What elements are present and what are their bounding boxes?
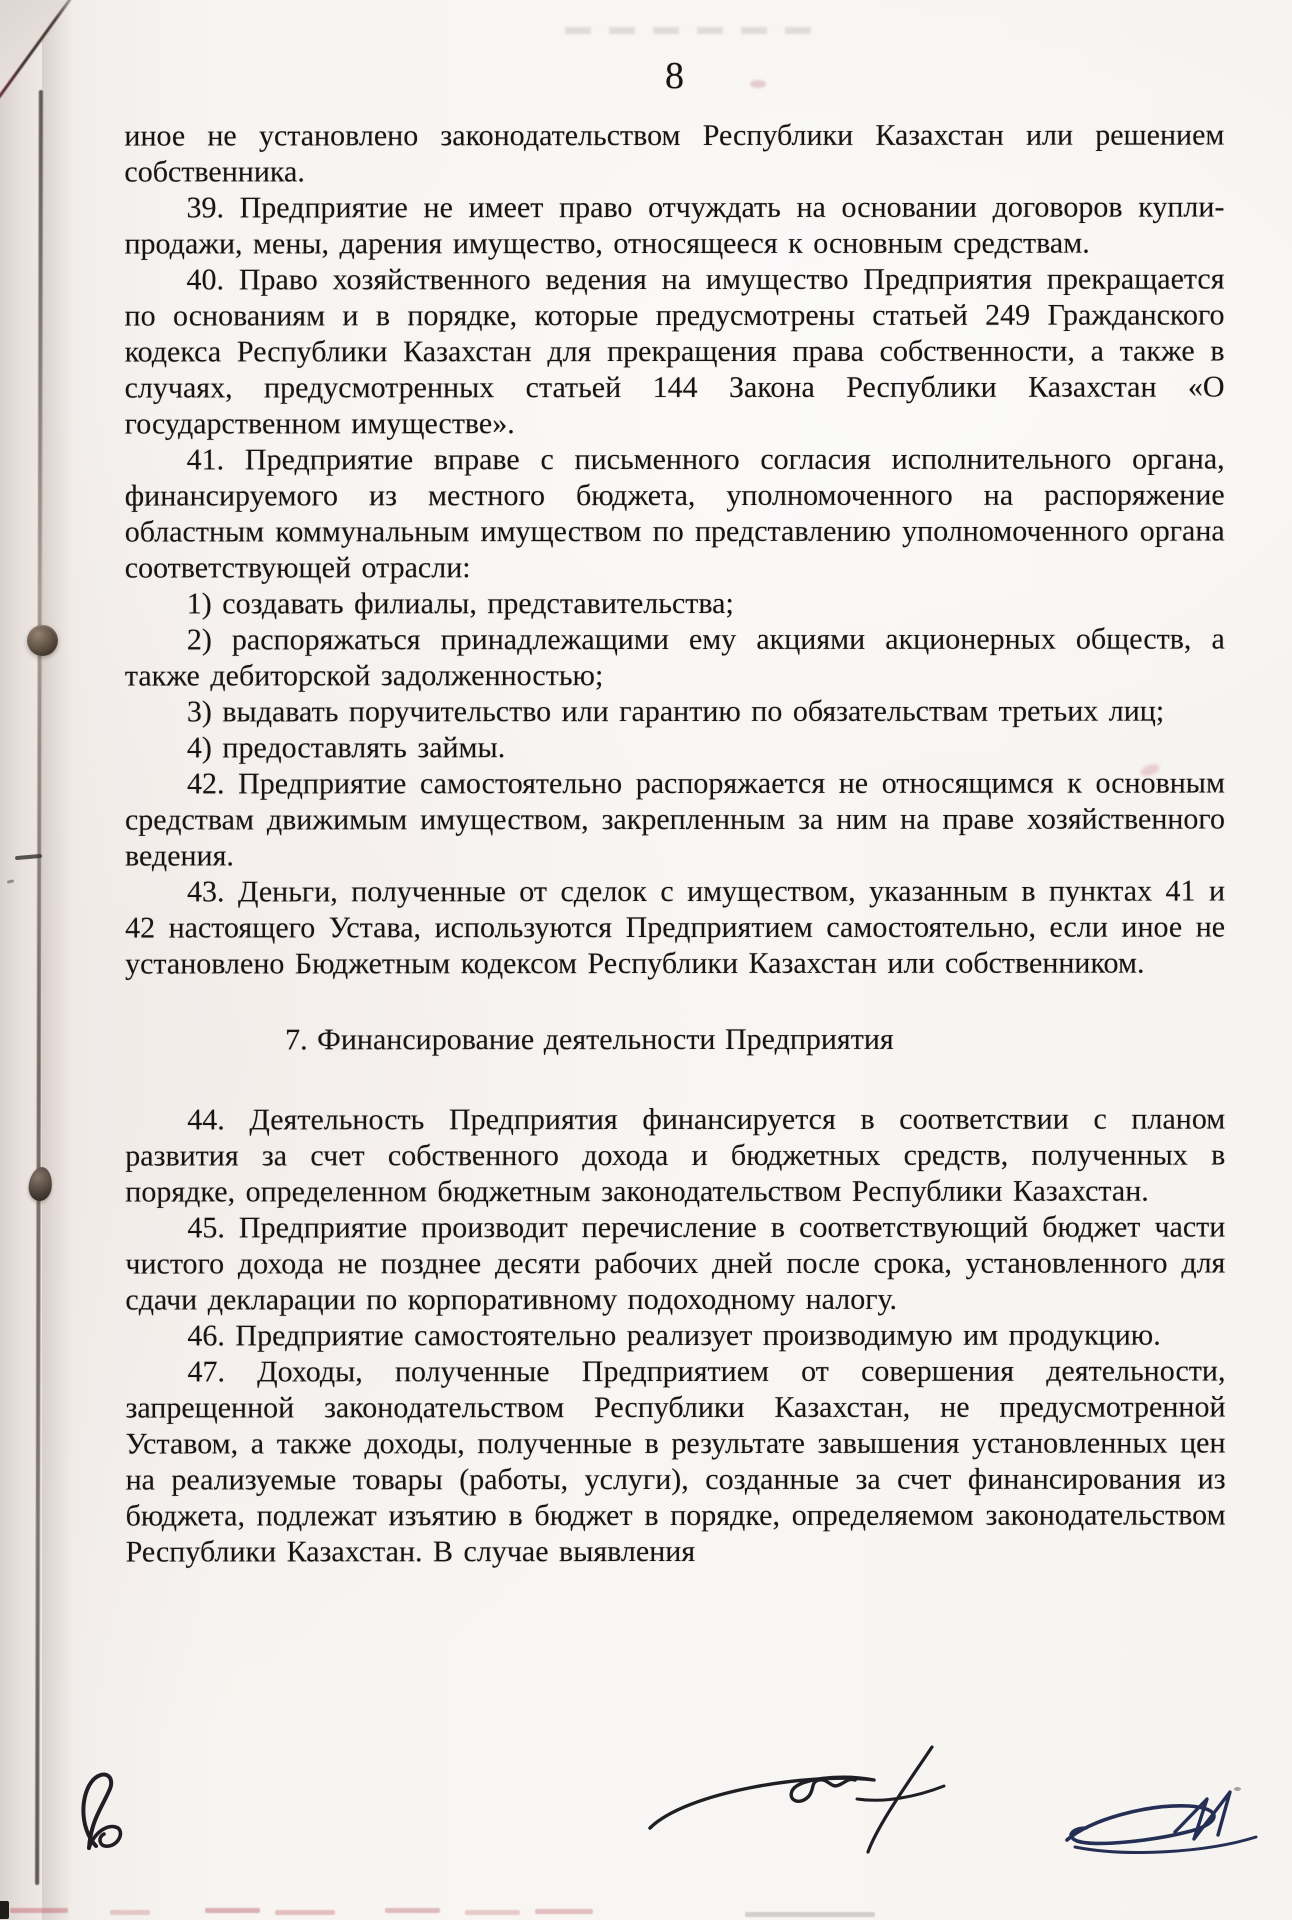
clause-46: 46. Предприятие самостоятельно реализует…	[125, 1318, 1225, 1355]
scan-artifact-strip	[385, 1908, 440, 1913]
clause-43: 43. Деньги, полученные от сделок с имуще…	[125, 874, 1225, 983]
scan-artifact-bottom-tick	[0, 1901, 9, 1919]
document-body: иное не установлено законодательством Ре…	[124, 118, 1225, 1571]
clause-47: 47. Доходы, полученные Предприятием от с…	[125, 1354, 1225, 1571]
scan-artifact-strip	[110, 1910, 150, 1915]
signature-right	[1053, 1786, 1283, 1879]
scan-artifact-strip	[745, 1912, 875, 1917]
binding-brad-top	[27, 625, 58, 656]
left-crease-shadow	[42, 0, 72, 1920]
clause-41: 41. Предприятие вправе с письменного сог…	[125, 442, 1225, 587]
paragraph-continuation: иное не установлено законодательством Ре…	[124, 118, 1224, 191]
clause-40: 40. Право хозяйственного ведения на имущ…	[124, 262, 1224, 443]
section-heading-7: 7. Финансирование деятельности Предприят…	[125, 1022, 1225, 1059]
signature-center	[638, 1742, 993, 1862]
clause-41-item-1: 1) создавать филиалы, представительства;	[125, 586, 1225, 623]
clause-39: 39. Предприятие не имеет право отчуждать…	[124, 190, 1224, 263]
signature-left	[64, 1768, 154, 1861]
scan-artifact-strip	[275, 1910, 335, 1915]
scan-artifact-top-band	[565, 27, 815, 34]
clause-41-item-2: 2) распоряжаться принадлежащими ему акци…	[125, 622, 1225, 695]
clause-42: 42. Предприятие самостоятельно распоряжа…	[125, 766, 1225, 875]
clause-44: 44. Деятельность Предприятия финансирует…	[125, 1102, 1225, 1211]
clause-45: 45. Предприятие производит перечисление …	[125, 1210, 1225, 1319]
scan-artifact-strip	[465, 1910, 520, 1915]
scanned-document-page: 8 иное не установлено законодательством …	[0, 0, 1292, 1920]
clause-41-item-3: 3) выдавать поручительство или гарантию …	[125, 694, 1225, 731]
scan-artifact-strip	[535, 1909, 593, 1914]
clause-41-item-4: 4) предоставлять займы.	[125, 730, 1225, 767]
scan-artifact-strip	[205, 1908, 260, 1913]
scan-artifact-strip	[10, 1908, 68, 1913]
page-number: 8	[125, 54, 1225, 98]
